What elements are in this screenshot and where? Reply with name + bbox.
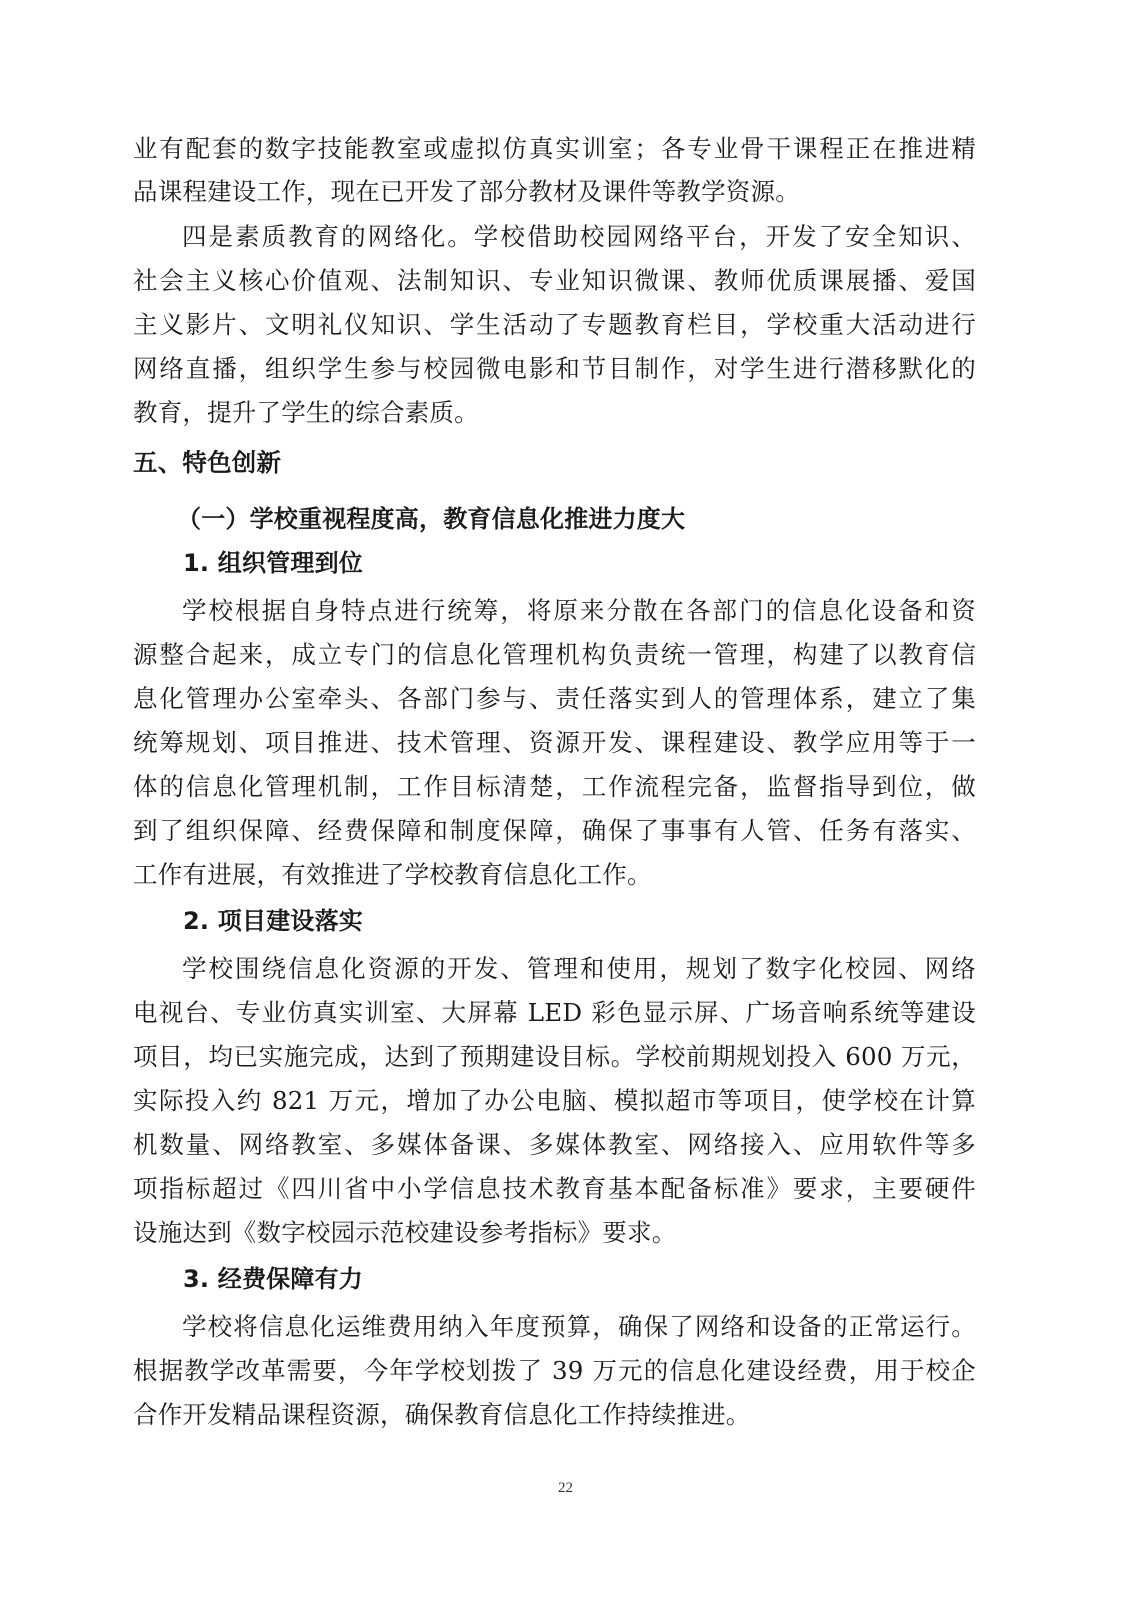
paragraph-line: 体的信息化管理机制，工作目标清楚，工作流程完备，监督指导到位，做: [133, 771, 976, 803]
paragraph-line: 项指标超过《四川省中小学信息技术教育基本配备标准》要求，主要硬件: [133, 1173, 976, 1205]
paragraph-line: 统筹规划、项目推进、技术管理、资源开发、课程建设、教学应用等于一: [133, 727, 976, 759]
section-heading: 五、特色创新: [133, 447, 281, 479]
paragraph-line: 教育，提升了学生的综合素质。: [133, 397, 479, 429]
paragraph-line: 四是素质教育的网络化。学校借助校园网络平台，开发了安全知识、: [133, 221, 976, 253]
item-heading: 3. 经费保障有力: [183, 1263, 363, 1295]
paragraph-line: 网络直播，组织学生参与校园微电影和节目制作，对学生进行潜移默化的: [133, 353, 976, 385]
paragraph-line: 息化管理办公室牵头、各部门参与、责任落实到人的管理体系，建立了集: [133, 683, 976, 715]
paragraph-line: 主义影片、文明礼仪知识、学生活动了专题教育栏目，学校重大活动进行: [133, 309, 976, 341]
page-number: 22: [0, 1480, 1131, 1497]
paragraph-line: 业有配套的数字技能教室或虚拟仿真实训室；各专业骨干课程正在推进精: [133, 133, 976, 165]
paragraph-line: 学校根据自身特点进行统筹，将原来分散在各部门的信息化设备和资: [133, 595, 976, 627]
paragraph-line: 设施达到《数字校园示范校建设参考指标》要求。: [133, 1217, 676, 1249]
paragraph-line: 到了组织保障、经费保障和制度保障，确保了事事有人管、任务有落实、: [133, 815, 976, 847]
paragraph-line: 社会主义核心价值观、法制知识、专业知识微课、教师优质课展播、爱国: [133, 265, 976, 297]
item-heading: 2. 项目建设落实: [183, 905, 363, 937]
subsection-heading: （一）学校重视程度高，教育信息化推进力度大: [177, 503, 685, 535]
paragraph-line: 项目，均已实施完成，达到了预期建设目标。学校前期规划投入 600 万元，: [133, 1041, 976, 1073]
paragraph-line: 根据教学改革需要，今年学校划拨了 39 万元的信息化建设经费，用于校企: [133, 1355, 976, 1387]
paragraph-line: 合作开发精品课程资源，确保教育信息化工作持续推进。: [133, 1399, 751, 1431]
paragraph-line: 电视台、专业仿真实训室、大屏幕 LED 彩色显示屏、广场音响系统等建设: [133, 997, 976, 1029]
paragraph-line: 源整合起来，成立专门的信息化管理机构负责统一管理，构建了以教育信: [133, 639, 976, 671]
paragraph-line: 机数量、网络教室、多媒体备课、多媒体教室、网络接入、应用软件等多: [133, 1129, 976, 1161]
item-heading: 1. 组织管理到位: [183, 547, 363, 579]
paragraph-line: 品课程建设工作，现在已开发了部分教材及课件等教学资源。: [133, 176, 800, 208]
paragraph-line: 学校围绕信息化资源的开发、管理和使用，规划了数字化校园、网络: [133, 953, 976, 985]
paragraph-line: 实际投入约 821 万元，增加了办公电脑、模拟超市等项目，使学校在计算: [133, 1085, 976, 1117]
paragraph-line: 学校将信息化运维费用纳入年度预算，确保了网络和设备的正常运行。: [133, 1311, 976, 1343]
paragraph-line: 工作有进展，有效推进了学校教育信息化工作。: [133, 859, 652, 891]
